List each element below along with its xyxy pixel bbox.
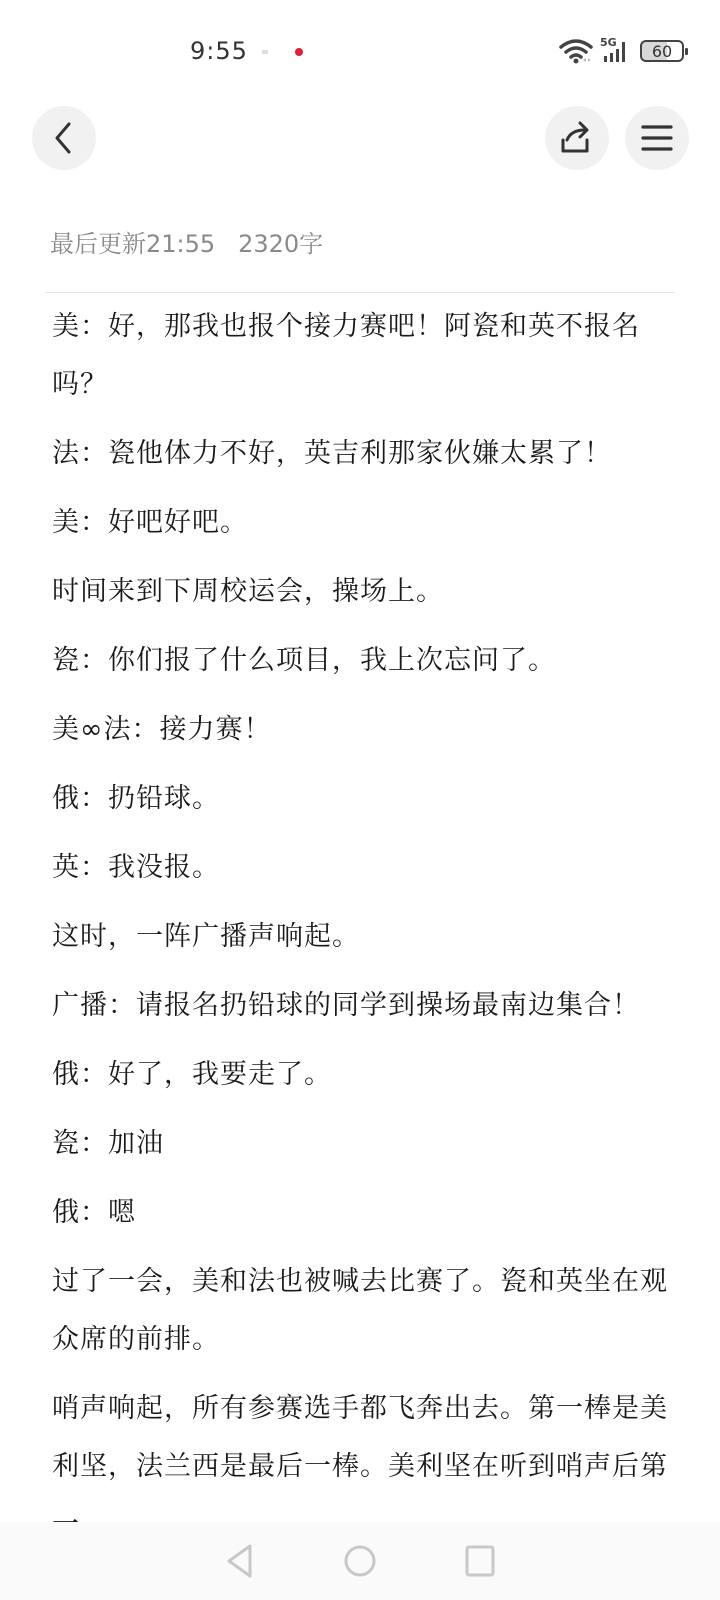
chevron-left-icon bbox=[52, 120, 76, 156]
paragraph: 广播：请报名扔铅球的同学到操场最南边集合！ bbox=[52, 977, 672, 1035]
paragraph: 美∞法：接力赛！ bbox=[52, 701, 672, 759]
paragraph: 法：瓷他体力不好，英吉利那家伙嫌太累了！ bbox=[52, 425, 672, 483]
paragraph: 瓷：你们报了什么项目，我上次忘问了。 bbox=[52, 632, 672, 690]
triangle-back-icon bbox=[225, 1543, 255, 1579]
paragraph: 英：我没报。 bbox=[52, 839, 672, 897]
nav-home-button[interactable] bbox=[340, 1541, 380, 1581]
share-button[interactable] bbox=[545, 106, 609, 170]
circle-home-icon bbox=[342, 1543, 378, 1579]
word-count: 2320字 bbox=[238, 230, 323, 258]
paragraph: 美：好吧好吧。 bbox=[52, 494, 672, 552]
paragraph: 时间来到下周校运会，操场上。 bbox=[52, 563, 672, 621]
last-updated: 最后更新21:55 bbox=[50, 230, 215, 258]
notification-icon bbox=[262, 50, 268, 54]
recording-indicator-icon bbox=[295, 48, 303, 56]
paragraph: 俄：嗯 bbox=[52, 1184, 672, 1242]
system-nav-bar bbox=[0, 1522, 720, 1600]
status-icons: 5G 60 bbox=[558, 38, 684, 64]
paragraph: 过了一会，美和法也被喊去比赛了。瓷和英坐在观众席的前排。 bbox=[52, 1253, 672, 1369]
paragraph: 俄：好了，我要走了。 bbox=[52, 1046, 672, 1104]
hamburger-menu-icon bbox=[640, 123, 674, 153]
document-body[interactable]: 美：好，那我也报个接力赛吧！阿瓷和英不报名吗？ 法：瓷他体力不好，英吉利那家伙嫌… bbox=[52, 298, 672, 1565]
wifi-icon bbox=[558, 38, 594, 64]
nav-back-button[interactable] bbox=[220, 1541, 260, 1581]
status-bar: 9:55 5G 60 bbox=[0, 30, 720, 75]
cellular-signal-icon: 5G bbox=[600, 38, 634, 64]
paragraph: 这时，一阵广播声响起。 bbox=[52, 908, 672, 966]
paragraph: 俄：扔铅球。 bbox=[52, 770, 672, 828]
menu-button[interactable] bbox=[625, 106, 689, 170]
nav-recents-button[interactable] bbox=[460, 1541, 500, 1581]
document-meta: 最后更新21:55 2320字 bbox=[50, 224, 323, 259]
divider bbox=[46, 292, 674, 293]
back-button[interactable] bbox=[32, 106, 96, 170]
battery-icon: 60 bbox=[640, 40, 684, 62]
paragraph: 美：好，那我也报个接力赛吧！阿瓷和英不报名吗？ bbox=[52, 298, 672, 414]
battery-level: 60 bbox=[652, 42, 672, 61]
share-icon bbox=[559, 120, 595, 156]
status-time: 9:55 bbox=[190, 37, 248, 65]
square-recents-icon bbox=[463, 1544, 497, 1578]
paragraph: 瓷：加油 bbox=[52, 1115, 672, 1173]
